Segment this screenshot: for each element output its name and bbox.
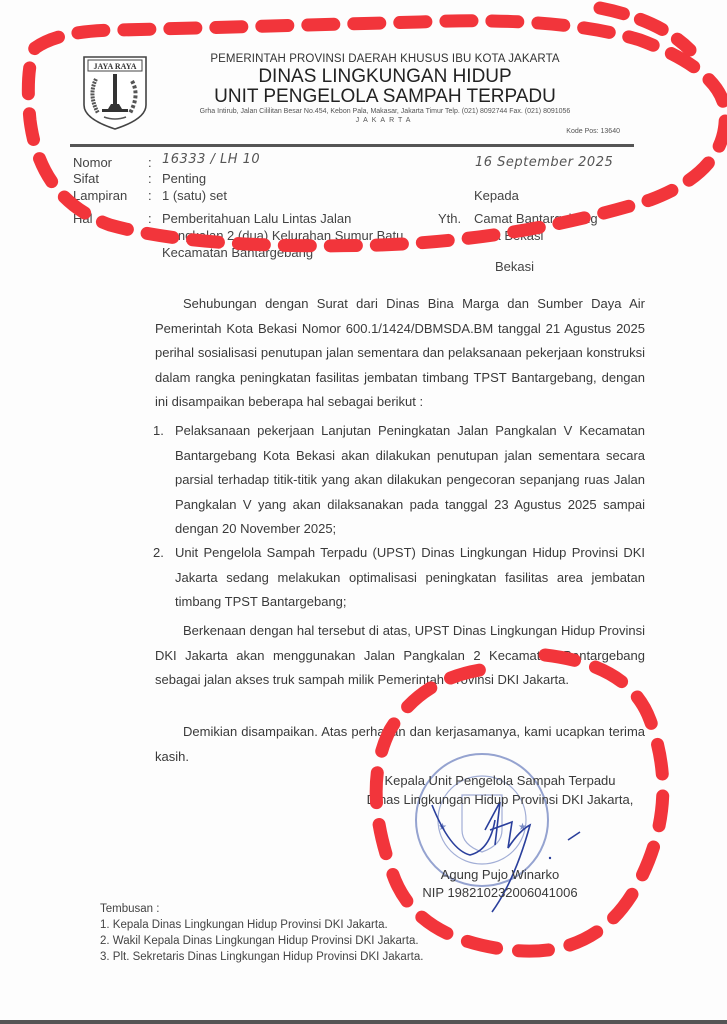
recipient-line1: Camat Bantargebang [474, 211, 598, 226]
tembusan-item: 1. Kepala Dinas Lingkungan Hidup Provins… [100, 919, 388, 931]
hal-value-line3: Kecamatan Bantargebang [162, 245, 313, 260]
svg-text:JAYA RAYA: JAYA RAYA [93, 62, 136, 71]
sifat-label: Sifat [73, 171, 99, 186]
list-item-text: Unit Pengelola Sampah Terpadu (UPST) Din… [175, 541, 645, 615]
signatory-title-2: Dinas Lingkungan Hidup Provinsi DKI Jaka… [340, 792, 660, 807]
list-item: 1. Pelaksanaan pekerjaan Lanjutan Pening… [155, 419, 645, 542]
tembusan-item: 3. Plt. Sekretaris Dinas Lingkungan Hidu… [100, 951, 423, 963]
list-item-number: 2. [153, 541, 164, 566]
hal-colon: : [148, 211, 152, 226]
bottom-edge [0, 1020, 727, 1024]
letterhead-unit: UNIT PENGELOLA SAMPAH TERPADU [160, 86, 610, 108]
hal-value-line1: Pemberitahuan Lalu Lintas Jalan [162, 211, 351, 226]
svg-text:★: ★ [438, 822, 447, 833]
recipient-place: Bekasi [495, 259, 534, 274]
tembusan-item: 2. Wakil Kepala Dinas Lingkungan Hidup P… [100, 935, 419, 947]
sifat-colon: : [148, 171, 152, 186]
paragraph-berkenaan: Berkenaan dengan hal tersebut di atas, U… [155, 619, 645, 693]
list-item-number: 1. [153, 419, 164, 444]
lampiran-colon: : [148, 188, 152, 203]
letterhead-department: DINAS LINGKUNGAN HIDUP [160, 66, 610, 88]
hal-value-line2: Pangkalan 2 (dua) Kelurahan Sumur Batu [162, 228, 403, 243]
list-item-text: Pelaksanaan pekerjaan Lanjutan Peningkat… [175, 419, 645, 542]
letterhead-divider [70, 144, 634, 147]
jaya-raya-emblem-icon: JAYA RAYA [82, 55, 148, 131]
letterhead-government: PEMERINTAH PROVINSI DAERAH KHUSUS IBU KO… [160, 53, 610, 65]
nomor-label: Nomor [73, 155, 112, 170]
letterhead-address: Grha Intirub, Jalan Cililitan Besar No.4… [160, 108, 610, 115]
svg-text:★: ★ [518, 822, 527, 833]
nomor-value: 16333 / LH 10 [162, 152, 260, 167]
nomor-colon: : [148, 155, 152, 170]
closing-paragraph: Demikian disampaikan. Atas perhatian dan… [155, 720, 645, 769]
letterhead-postal-code: Kode Pos: 13640 [520, 128, 620, 135]
intro-paragraph: Sehubungan dengan Surat dari Dinas Bina … [155, 292, 645, 415]
tembusan-label: Tembusan : [100, 903, 159, 915]
letter-date: 16 September 2025 [475, 155, 613, 170]
signatory-nip: NIP 198210232006041006 [340, 885, 660, 900]
recipient-line2: Kota Bekasi [474, 228, 543, 243]
lampiran-value: 1 (satu) set [162, 188, 227, 203]
signatory-name: Agung Pujo Winarko [340, 867, 660, 882]
signatory-title-1: Kepala Unit Pengelola Sampah Terpadu [340, 773, 660, 788]
yth-label: Yth. [438, 211, 461, 226]
kepada-label: Kepada [474, 188, 519, 203]
list-item: 2. Unit Pengelola Sampah Terpadu (UPST) … [155, 541, 645, 615]
sifat-value: Penting [162, 171, 206, 186]
hal-label: Hal [73, 211, 93, 226]
letterhead-city: JAKARTA [160, 117, 610, 124]
lampiran-label: Lampiran [73, 188, 127, 203]
